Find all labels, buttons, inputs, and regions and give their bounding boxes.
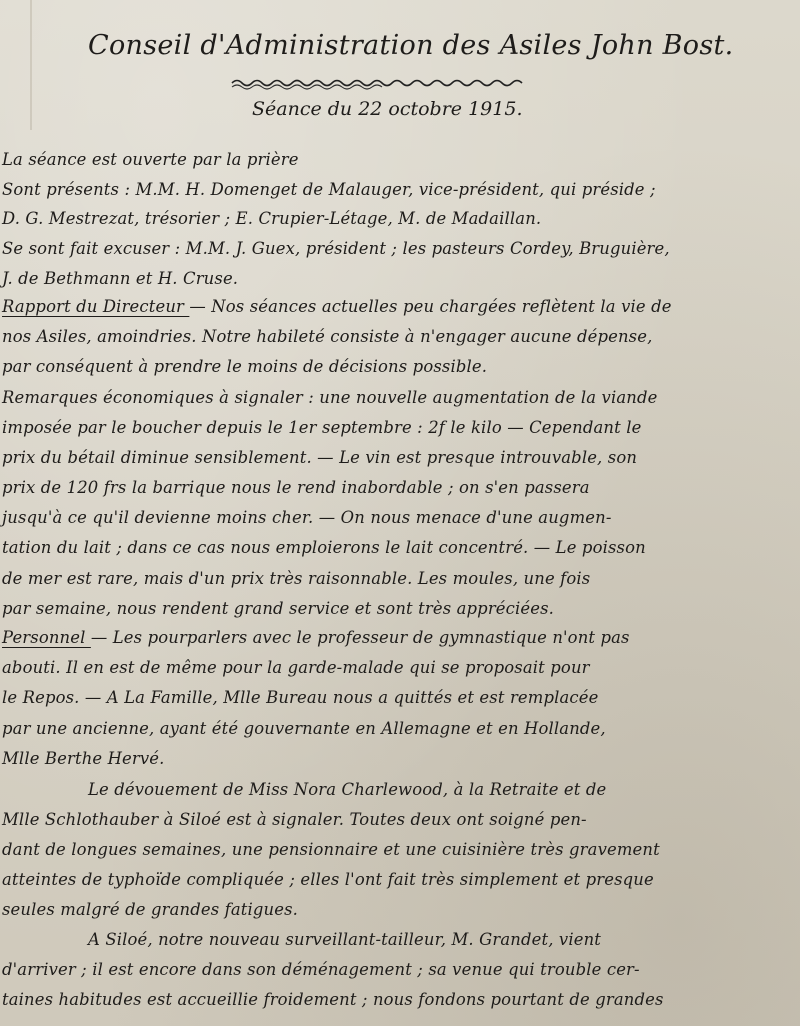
- line-text: D. G. Mestrezat, trésorier ; E. Crupier-…: [2, 209, 541, 228]
- manuscript-line: A Siloé, notre nouveau surveillant-taill…: [88, 930, 601, 949]
- line-text: dant de longues semaines, une pensionnai…: [2, 840, 660, 859]
- document-title: Conseil d'Administration des Asiles John…: [88, 30, 728, 61]
- manuscript-line: d'arriver ; il est encore dans son démén…: [2, 960, 640, 979]
- line-text: Se sont fait excuser : M.M. J. Guex, pré…: [2, 239, 670, 258]
- page-fold-shadow: [30, 0, 32, 130]
- manuscript-line: Rapport du Directeur — Nos séances actue…: [2, 297, 672, 316]
- manuscript-line: Se sont fait excuser : M.M. J. Guex, pré…: [2, 239, 670, 258]
- manuscript-line: abouti. Il en est de même pour la garde-…: [2, 658, 590, 677]
- line-text: par semaine, nous rendent grand service …: [2, 599, 554, 618]
- session-date-heading: Séance du 22 octobre 1915.: [252, 98, 522, 120]
- manuscript-line: par semaine, nous rendent grand service …: [2, 599, 554, 618]
- line-text: Sont présents : M.M. H. Domenget de Mala…: [2, 180, 656, 199]
- manuscript-line: J. de Bethmann et H. Cruse.: [2, 269, 238, 288]
- line-text: tation du lait ; dans ce cas nous emploi…: [2, 538, 646, 557]
- manuscript-line: le Repos. — A La Famille, Mlle Bureau no…: [2, 688, 598, 707]
- line-text: seules malgré de grandes fatigues.: [2, 900, 298, 919]
- line-text: — Nos séances actuelles peu chargées ref…: [189, 297, 671, 316]
- section-heading: Rapport du Directeur: [2, 297, 189, 316]
- manuscript-line: prix de 120 frs la barrique nous le rend…: [2, 478, 590, 497]
- line-text: nos Asiles, amoindries. Notre habileté c…: [2, 327, 652, 346]
- manuscript-line: Le dévouement de Miss Nora Charlewood, à…: [88, 780, 606, 799]
- line-text: atteintes de typhoïde compliquée ; elles…: [2, 870, 654, 889]
- manuscript-line: Mlle Schlothauber à Siloé est à signaler…: [2, 810, 587, 829]
- line-text: A Siloé, notre nouveau surveillant-taill…: [88, 930, 601, 949]
- manuscript-line: taines habitudes est accueillie froideme…: [2, 990, 664, 1009]
- line-text: de mer est rare, mais d'un prix très rai…: [2, 569, 590, 588]
- manuscript-page: Conseil d'Administration des Asiles John…: [0, 0, 800, 1026]
- manuscript-line: D. G. Mestrezat, trésorier ; E. Crupier-…: [2, 209, 541, 228]
- manuscript-line: prix du bétail diminue sensiblement. — L…: [2, 448, 637, 467]
- line-text: le Repos. — A La Famille, Mlle Bureau no…: [2, 688, 598, 707]
- manuscript-line: Personnel — Les pourparlers avec le prof…: [2, 628, 630, 647]
- manuscript-line: imposée par le boucher depuis le 1er sep…: [2, 418, 641, 437]
- line-text: Remarques économiques à signaler : une n…: [2, 388, 657, 407]
- manuscript-line: La séance est ouverte par la prière: [2, 150, 299, 169]
- manuscript-line: par une ancienne, ayant été gouvernante …: [2, 719, 606, 738]
- line-text: Mlle Berthe Hervé.: [2, 749, 165, 768]
- line-text: abouti. Il en est de même pour la garde-…: [2, 658, 590, 677]
- line-text: taines habitudes est accueillie froideme…: [2, 990, 664, 1009]
- section-heading: Personnel: [2, 628, 91, 647]
- line-text: d'arriver ; il est encore dans son démén…: [2, 960, 640, 979]
- manuscript-line: jusqu'à ce qu'il devienne moins cher. — …: [2, 508, 612, 527]
- manuscript-line: tation du lait ; dans ce cas nous emploi…: [2, 538, 646, 557]
- line-text: imposée par le boucher depuis le 1er sep…: [2, 418, 641, 437]
- manuscript-line: atteintes de typhoïde compliquée ; elles…: [2, 870, 654, 889]
- line-text: prix de 120 frs la barrique nous le rend…: [2, 478, 590, 497]
- manuscript-line: Sont présents : M.M. H. Domenget de Mala…: [2, 180, 656, 199]
- manuscript-line: nos Asiles, amoindries. Notre habileté c…: [2, 327, 652, 346]
- line-text: prix du bétail diminue sensiblement. — L…: [2, 448, 637, 467]
- title-flourish-divider: [230, 74, 530, 92]
- manuscript-line: Mlle Berthe Hervé.: [2, 749, 165, 768]
- line-text: jusqu'à ce qu'il devienne moins cher. — …: [2, 508, 612, 527]
- line-text: J. de Bethmann et H. Cruse.: [2, 269, 238, 288]
- line-text: par conséquent à prendre le moins de déc…: [2, 357, 487, 376]
- line-text: La séance est ouverte par la prière: [2, 150, 299, 169]
- manuscript-line: dant de longues semaines, une pensionnai…: [2, 840, 660, 859]
- manuscript-line: Remarques économiques à signaler : une n…: [2, 388, 657, 407]
- manuscript-line: de mer est rare, mais d'un prix très rai…: [2, 569, 590, 588]
- line-text: — Les pourparlers avec le professeur de …: [91, 628, 630, 647]
- line-text: par une ancienne, ayant été gouvernante …: [2, 719, 606, 738]
- manuscript-line: seules malgré de grandes fatigues.: [2, 900, 298, 919]
- manuscript-line: par conséquent à prendre le moins de déc…: [2, 357, 487, 376]
- line-text: Mlle Schlothauber à Siloé est à signaler…: [2, 810, 587, 829]
- line-text: Le dévouement de Miss Nora Charlewood, à…: [88, 780, 606, 799]
